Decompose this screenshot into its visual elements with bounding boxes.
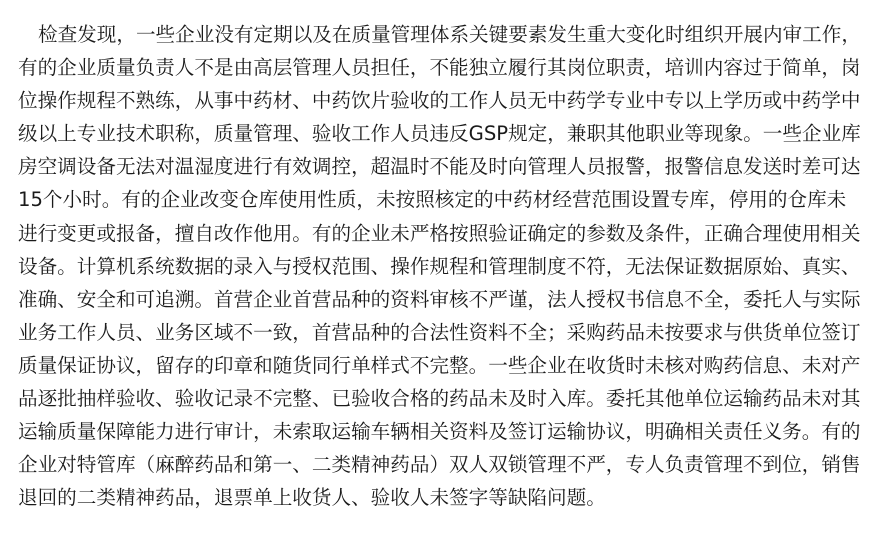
text-line: 准确、安全和可追溯。首营企业首营品种的资料审核不严谨，法人授权书信息不全，委托人… [18,283,878,316]
text-line: 进行变更或报备，擅自改作他用。有的企业未严格按照验证确定的参数及条件，正确合理使… [18,217,878,250]
document-paragraph: 检查发现，一些企业没有定期以及在质量管理体系关键要素发生重大变化时组织开展内审工… [18,18,878,514]
text-line: 房空调设备无法对温湿度进行有效调控，超温时不能及时向管理人员报警，报警信息发送时… [18,150,878,183]
text-line: 运输质量保障能力进行审计，未索取运输车辆相关资料及签订运输协议，明确相关责任义务… [18,415,878,448]
text-line: 品逐批抽样验收、验收记录不完整、已验收合格的药品未及时入库。委托其他单位运输药品… [18,382,878,415]
text-line: 检查发现，一些企业没有定期以及在质量管理体系关键要素发生重大变化时组织开展内审工… [18,18,878,51]
text-line: 业务工作人员、业务区域不一致，首营品种的合法性资料不全；采购药品未按要求与供货单… [18,316,878,349]
text-line: 企业对特管库（麻醉药品和第一、二类精神药品）双人双锁管理不严，专人负责管理不到位… [18,448,878,481]
text-line: 质量保证协议，留存的印章和随货同行单样式不完整。一些企业在收货时未核对购药信息、… [18,349,878,382]
text-line: 有的企业质量负责人不是由高层管理人员担任，不能独立履行其岗位职责，培训内容过于简… [18,51,878,84]
text-line: 15个小时。有的企业改变仓库使用性质，未按照核定的中药材经营范围设置专库，停用的… [18,183,878,216]
text-line: 设备。计算机系统数据的录入与授权范围、操作规程和管理制度不符，无法保证数据原始、… [18,250,878,283]
text-line: 退回的二类精神药品，退票单上收货人、验收人未签字等缺陷问题。 [18,481,878,514]
text-line: 级以上专业技术职称，质量管理、验收工作人员违反GSP规定，兼职其他职业等现象。一… [18,117,878,150]
text-line: 位操作规程不熟练，从事中药材、中药饮片验收的工作人员无中药学专业中专以上学历或中… [18,84,878,117]
